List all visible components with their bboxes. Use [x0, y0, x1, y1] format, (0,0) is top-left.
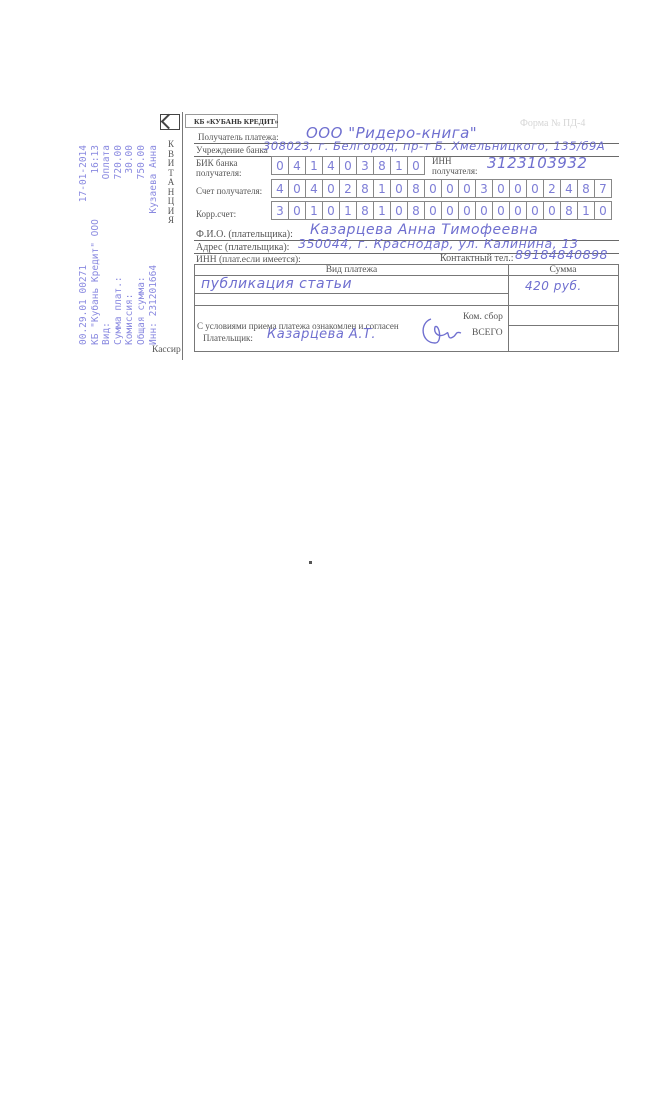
receipt-terminal-id: 00.29.01 00271 [78, 265, 90, 345]
payer-name-label: Ф.И.О. (плательщика): [196, 229, 293, 240]
digit-cell: 0 [509, 201, 527, 220]
bik-label-line2: получателя: [196, 168, 242, 178]
receipt-total-label: Общая сумма: [136, 276, 148, 345]
digit-cell: 0 [492, 201, 510, 220]
receipt-bank: КБ "Кубань Кредит" ООО [90, 219, 102, 345]
bank-institution-value: 308023, г. Белгород, пр-т Б. Хмельницког… [263, 139, 605, 153]
digit-cell: 0 [526, 201, 544, 220]
receipt-line: Общая сумма:750.00 [136, 145, 148, 345]
receipt-payer: Кузаева Анна [148, 145, 160, 214]
digit-cell: 0 [322, 179, 340, 198]
bank-institution-label: Учреждение банка [196, 145, 268, 155]
digit-cell: 0 [407, 156, 425, 175]
digit-cell: 4 [560, 179, 578, 198]
digit-cell: 8 [356, 201, 374, 220]
total-label: ВСЕГО [472, 328, 503, 338]
digit-cell: 0 [543, 201, 561, 220]
digit-cell: 1 [339, 201, 357, 220]
sum-value: 420 руб. [525, 279, 582, 293]
digit-cell: 8 [577, 179, 595, 198]
digit-cell: 1 [305, 156, 323, 175]
receipt-sum-label: Сумма плат.: [113, 276, 125, 345]
receipt-line: 00.29.01 0027117-01-2014 [78, 145, 90, 345]
account-digit-cells: 4 0 4 0 2 8 1 0 8 0 0 0 3 0 0 0 2 4 8 7 [272, 179, 612, 198]
digit-cell: 0 [594, 201, 612, 220]
corr-account-label: Корр.счет: [196, 209, 236, 219]
cash-receipt-strip: 00.29.01 0027117-01-2014 КБ "Кубань Кред… [78, 145, 174, 345]
inn-label-line1: ИНН [432, 156, 478, 166]
account-label: Счет получателя: [196, 186, 262, 196]
inn-label-line2: получателя: [432, 166, 478, 176]
form-divider [182, 112, 183, 360]
receipt-time: 16:13 [90, 145, 102, 174]
receipt-line: Сумма плат.:720.00 [113, 145, 125, 345]
receipt-type-label: Вид: [101, 322, 113, 345]
receipt-fee-label: Комиссия: [124, 294, 136, 345]
digit-cell: 0 [424, 179, 442, 198]
column-divider [508, 265, 509, 351]
digit-cell: 0 [526, 179, 544, 198]
scan-speck [309, 561, 312, 564]
digit-cell: 0 [441, 179, 459, 198]
bik-label-line1: БИК банка [196, 158, 242, 168]
digit-cell: 0 [271, 156, 289, 175]
receipt-type-value: Оплата [101, 145, 113, 179]
digit-cell: 0 [509, 179, 527, 198]
digit-cell: 0 [322, 201, 340, 220]
digit-cell: 3 [356, 156, 374, 175]
receipt-vertical-title: К В И Т А Н Ц И Я [166, 140, 176, 226]
digit-cell: 7 [594, 179, 612, 198]
digit-cell: 1 [373, 201, 391, 220]
bik-label: БИК банка получателя: [196, 158, 242, 178]
receipt-line: Вид:Оплата [101, 145, 113, 345]
payer-sign-value: Казарцева А.Т. [267, 327, 376, 342]
digit-cell: 0 [441, 201, 459, 220]
inn-recipient-value: 3123103932 [487, 154, 587, 172]
digit-cell: 1 [577, 201, 595, 220]
inn-recipient-label: ИНН получателя: [432, 156, 478, 176]
receipt-fee-value: 30.00 [124, 145, 136, 174]
digit-cell: 0 [475, 201, 493, 220]
receipt-line: Комиссия:30.00 [124, 145, 136, 345]
digit-cell: 8 [356, 179, 374, 198]
digit-cell: 4 [305, 179, 323, 198]
corr-account-digit-cells: 3 0 1 0 1 8 1 0 8 0 0 0 0 0 0 0 0 8 1 0 [272, 201, 612, 220]
digit-cell: 0 [339, 156, 357, 175]
receipt-date: 17-01-2014 [78, 145, 90, 202]
digit-cell: 4 [288, 156, 306, 175]
receipt-total-value: 750.00 [136, 145, 148, 179]
receipt-inn: Инн: 231201664 [148, 265, 160, 345]
digit-cell: 2 [543, 179, 561, 198]
digit-cell: 3 [271, 201, 289, 220]
payer-address-label: Адрес (плательщика): [196, 242, 289, 253]
phone-value: 89184840898 [515, 247, 608, 262]
digit-cell: 0 [288, 179, 306, 198]
digit-cell: 0 [492, 179, 510, 198]
digit-cell: 3 [475, 179, 493, 198]
digit-cell: 8 [407, 179, 425, 198]
receipt-line: Инн: 231201664Кузаева Анна [148, 145, 160, 345]
digit-cell: 1 [305, 201, 323, 220]
digit-cell: 0 [458, 201, 476, 220]
digit-cell: 0 [458, 179, 476, 198]
payment-type-header: Вид платежа [195, 265, 508, 275]
sum-header: Сумма [508, 265, 618, 275]
digit-cell: 4 [271, 179, 289, 198]
bank-logo-icon [160, 114, 180, 130]
rule [508, 325, 618, 326]
digit-cell: 8 [373, 156, 391, 175]
receipt-text-block: 00.29.01 0027117-01-2014 КБ "Кубань Кред… [78, 145, 174, 345]
digit-cell: 4 [322, 156, 340, 175]
rule [508, 305, 618, 306]
faded-form-number: Форма № ПД-4 [520, 118, 585, 129]
rule [195, 293, 508, 294]
digit-cell: 0 [424, 201, 442, 220]
digit-cell: 1 [373, 179, 391, 198]
digit-cell: 8 [560, 201, 578, 220]
digit-cell: 1 [390, 156, 408, 175]
rule [195, 305, 508, 306]
payment-table: Вид платежа Сумма публикация статьи 420 … [194, 264, 619, 352]
receipt-line: КБ "Кубань Кредит" ООО16:13 [90, 145, 102, 345]
digit-cell: 0 [390, 201, 408, 220]
fee-label: Ком. сбор [463, 312, 503, 322]
digit-cell: 0 [288, 201, 306, 220]
receipt-sum-value: 720.00 [113, 145, 125, 179]
signature-icon [417, 313, 465, 349]
digit-cell: 0 [390, 179, 408, 198]
bik-digit-cells: 0 4 1 4 0 3 8 1 0 [272, 156, 425, 175]
bank-name: КБ «КУБАНЬ КРЕДИТ» [185, 114, 278, 128]
letter: Я [166, 216, 176, 226]
rule [508, 275, 618, 276]
payer-sign-label: Плательщик: [203, 333, 253, 343]
digit-cell: 8 [407, 201, 425, 220]
cashier-label: Кассир [152, 345, 181, 355]
phone-label: Контактный тел.: [440, 253, 514, 264]
payment-type-value: публикация статьи [201, 276, 352, 292]
digit-cell: 2 [339, 179, 357, 198]
